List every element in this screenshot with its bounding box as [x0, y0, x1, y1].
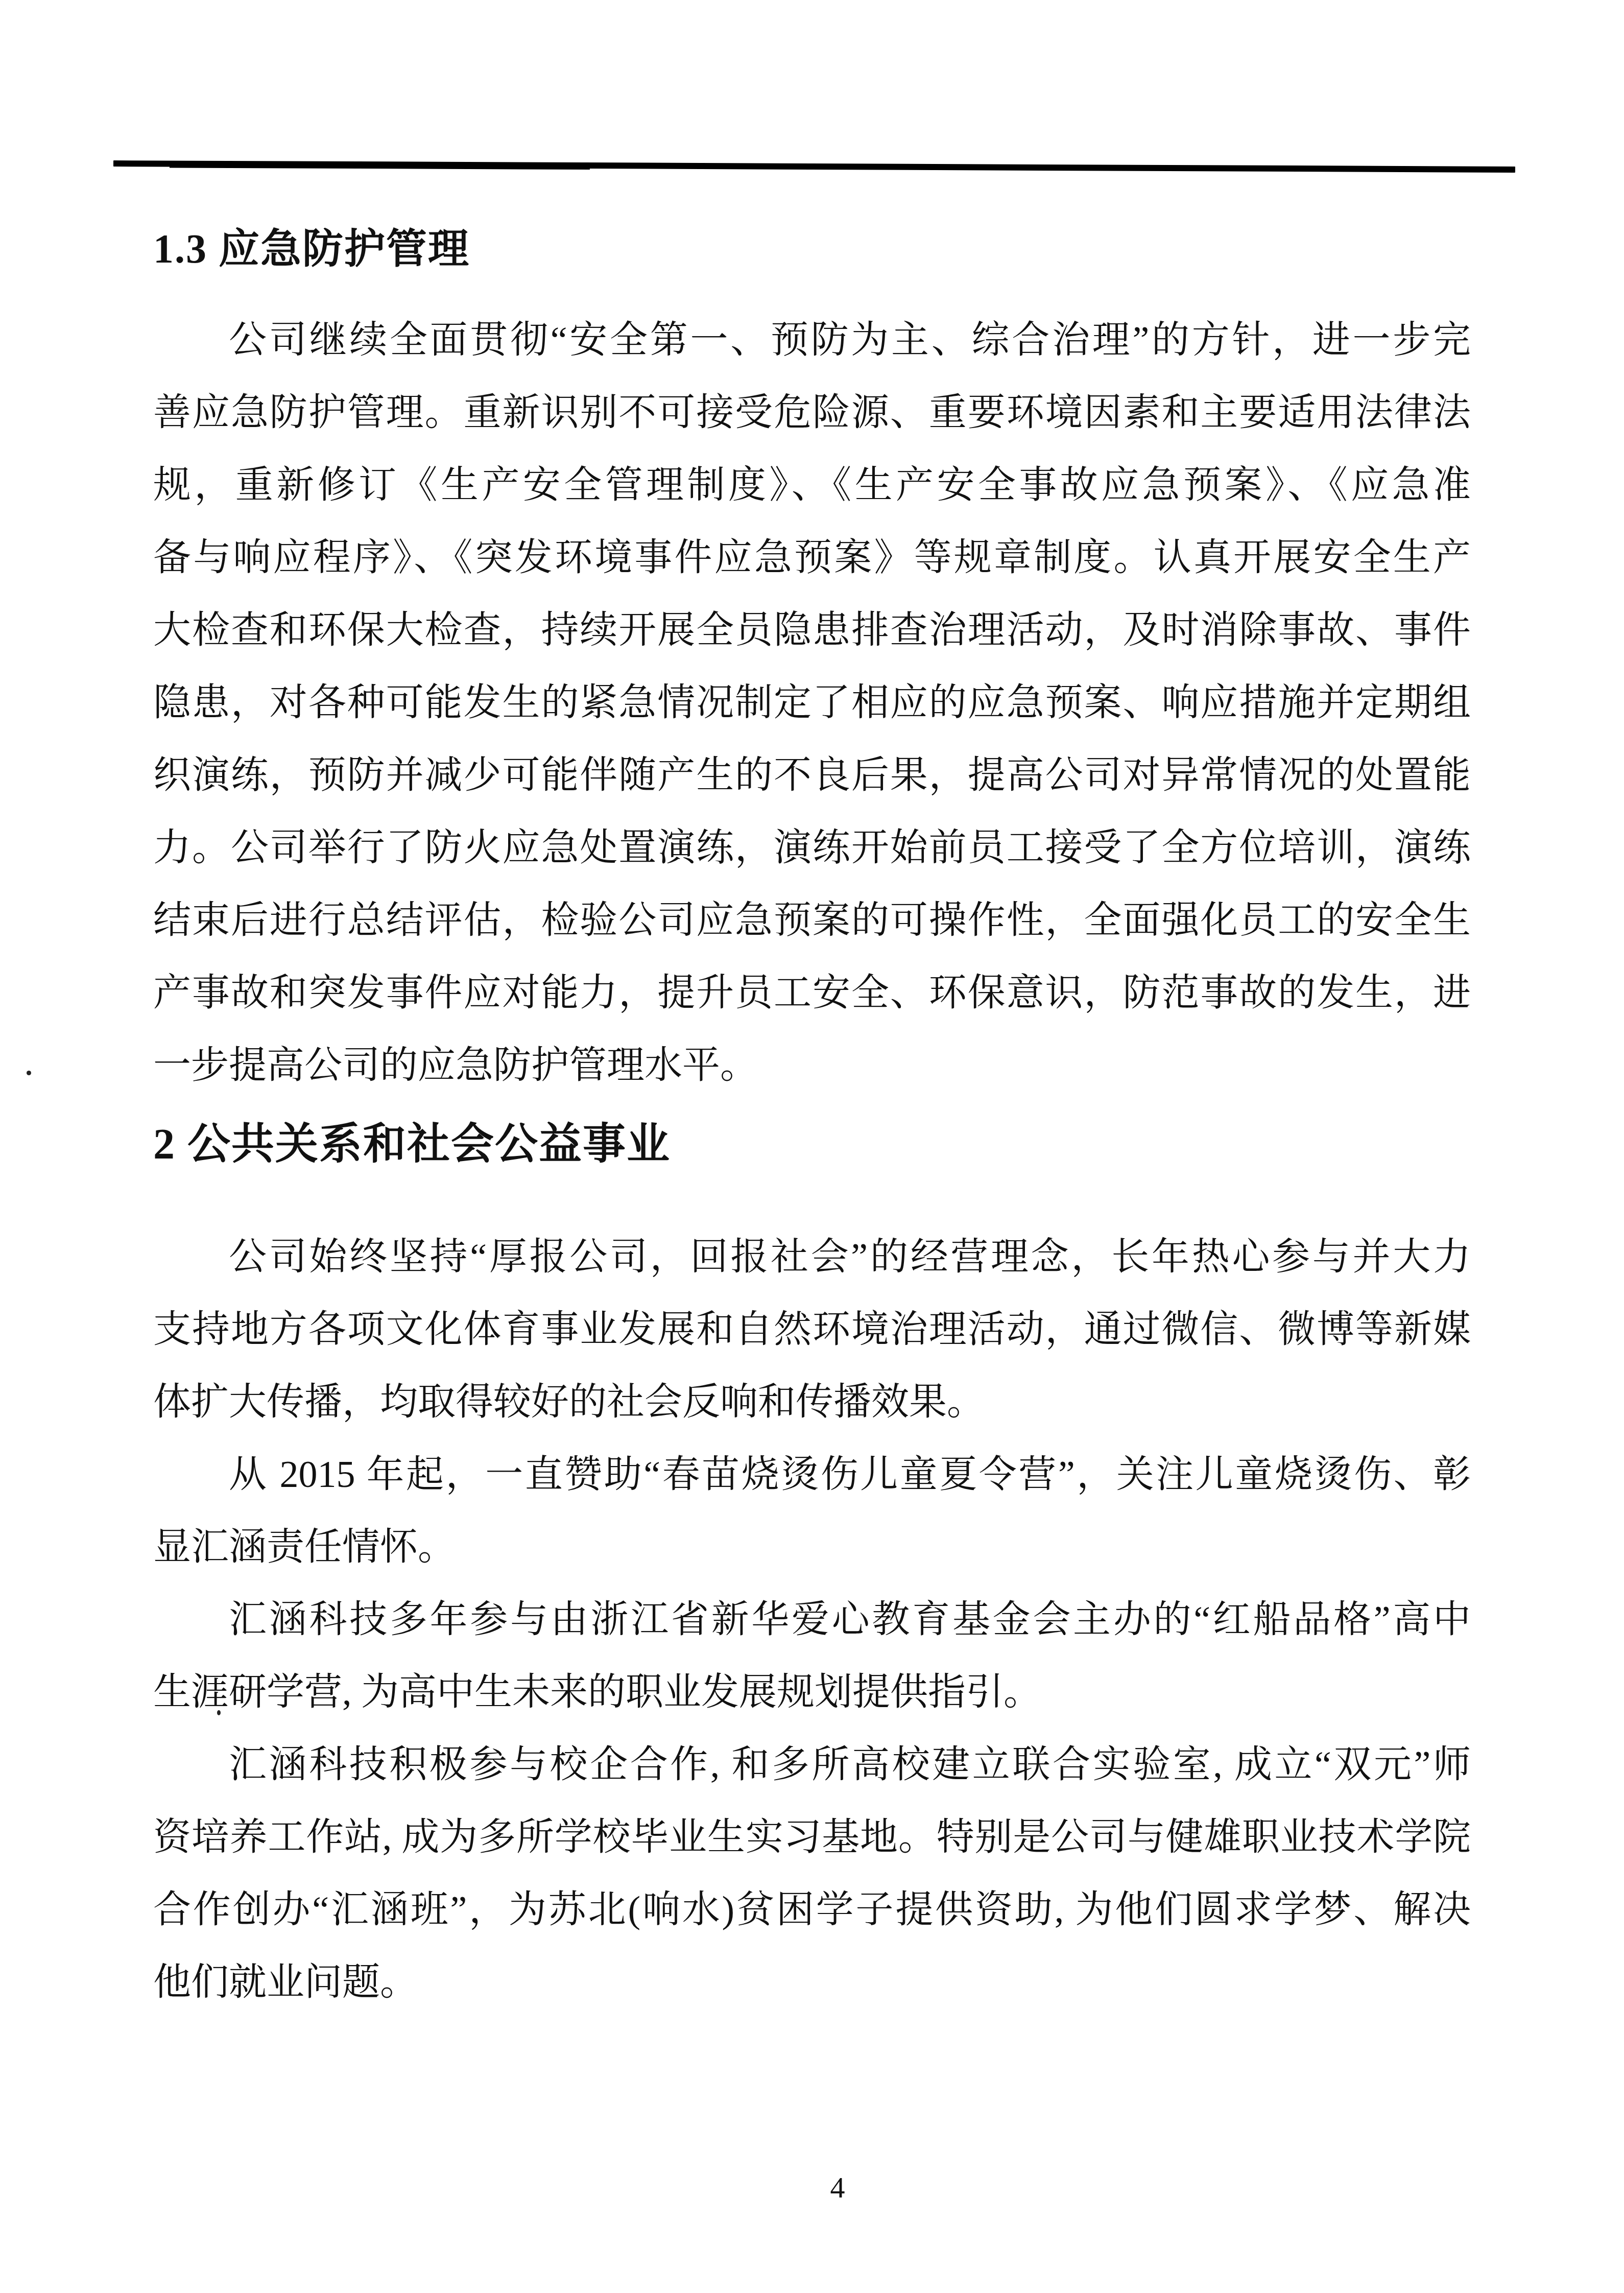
section-2-paragraph-4: 汇涵科技积极参与校企合作, 和多所高校建立联合实验室, 成立“双元”师资培养工作…: [153, 1729, 1471, 2019]
section-1-3-paragraph: 公司继续全面贯彻“安全第一、预防为主、综合治理”的方针，进一步完善应急防护管理。…: [153, 304, 1471, 1102]
text-line: 产事故和突发事件应对能力，提升员工安全、环保意识，防范事故的发生，进: [153, 957, 1471, 1029]
text-line: 大检查和环保大检查，持续开展全员隐患排查治理活动，及时消除事故、事件: [153, 594, 1471, 667]
section-2-paragraph-1: 公司始终坚持“厚报公司，回报社会”的经营理念，长年热心参与并大力支持地方各项文化…: [153, 1221, 1471, 1438]
text-line: 生涯研学营, 为高中生未来的职业发展规划提供指引。: [153, 1656, 1471, 1729]
document-page: 1.3 应急防护管理 公司继续全面贯彻“安全第一、预防为主、综合治理”的方针，进…: [0, 0, 1624, 2293]
text-line: 一步提高公司的应急防护管理水平。: [153, 1029, 1471, 1102]
text-line: 备与响应程序》、《突发环境事件应急预案》等规章制度。认真开展安全生产: [153, 522, 1471, 594]
section-2-heading: 2 公共关系和社会公益事业: [153, 1119, 1471, 1170]
text-line: 隐患，对各种可能发生的紧急情况制定了相应的应急预案、响应措施并定期组: [153, 667, 1471, 739]
section-2-paragraph-3: 汇涵科技多年参与由浙江省新华爱心教育基金会主办的“红船品格”高中生涯研学营, 为…: [153, 1583, 1471, 1729]
text-line: 力。公司举行了防火应急处置演练，演练开始前员工接受了全方位培训，演练: [153, 812, 1471, 884]
text-line: 规，重新修订《生产安全管理制度》、《生产安全事故应急预案》、《应急准: [153, 449, 1471, 522]
text-line: 公司继续全面贯彻“安全第一、预防为主、综合治理”的方针，进一步完: [153, 304, 1471, 376]
text-line: 体扩大传播，均取得较好的社会反响和传播效果。: [153, 1366, 1471, 1438]
section-1-3-heading: 1.3 应急防护管理: [153, 225, 1471, 274]
header-rule-line: [113, 160, 1515, 173]
section-2-paragraph-2: 从 2015 年起，一直赞助“春苗烧烫伤儿童夏令营”，关注儿童烧烫伤、彰显汇涵责…: [153, 1438, 1471, 1583]
text-line: 善应急防护管理。重新识别不可接受危险源、重要环境因素和主要适用法律法: [153, 376, 1471, 449]
text-line: 从 2015 年起，一直赞助“春苗烧烫伤儿童夏令营”，关注儿童烧烫伤、彰: [153, 1438, 1471, 1511]
text-line: 他们就业问题。: [153, 1946, 1471, 2019]
text-line: 资培养工作站, 成为多所学校毕业生实习基地。特别是公司与健雄职业技术学院: [153, 1801, 1471, 1874]
scan-speck: [27, 1071, 31, 1075]
page-number: 4: [797, 2170, 878, 2206]
text-line: 织演练，预防并减少可能伴随产生的不良后果，提高公司对异常情况的处置能: [153, 739, 1471, 812]
text-line: 公司始终坚持“厚报公司，回报社会”的经营理念，长年热心参与并大力: [153, 1221, 1471, 1293]
text-line: 合作创办“汇涵班”，为苏北(响水)贫困学子提供资助, 为他们圆求学梦、解决: [153, 1874, 1471, 1946]
text-line: 汇涵科技多年参与由浙江省新华爱心教育基金会主办的“红船品格”高中: [153, 1583, 1471, 1656]
text-line: 显汇涵责任情怀。: [153, 1511, 1471, 1583]
text-line: 结束后进行总结评估，检验公司应急预案的可操作性，全面强化员工的安全生: [153, 884, 1471, 957]
text-line: 汇涵科技积极参与校企合作, 和多所高校建立联合实验室, 成立“双元”师: [153, 1729, 1471, 1801]
document-body: 1.3 应急防护管理 公司继续全面贯彻“安全第一、预防为主、综合治理”的方针，进…: [153, 225, 1471, 2019]
text-line: 支持地方各项文化体育事业发展和自然环境治理活动，通过微信、微博等新媒: [153, 1293, 1471, 1366]
